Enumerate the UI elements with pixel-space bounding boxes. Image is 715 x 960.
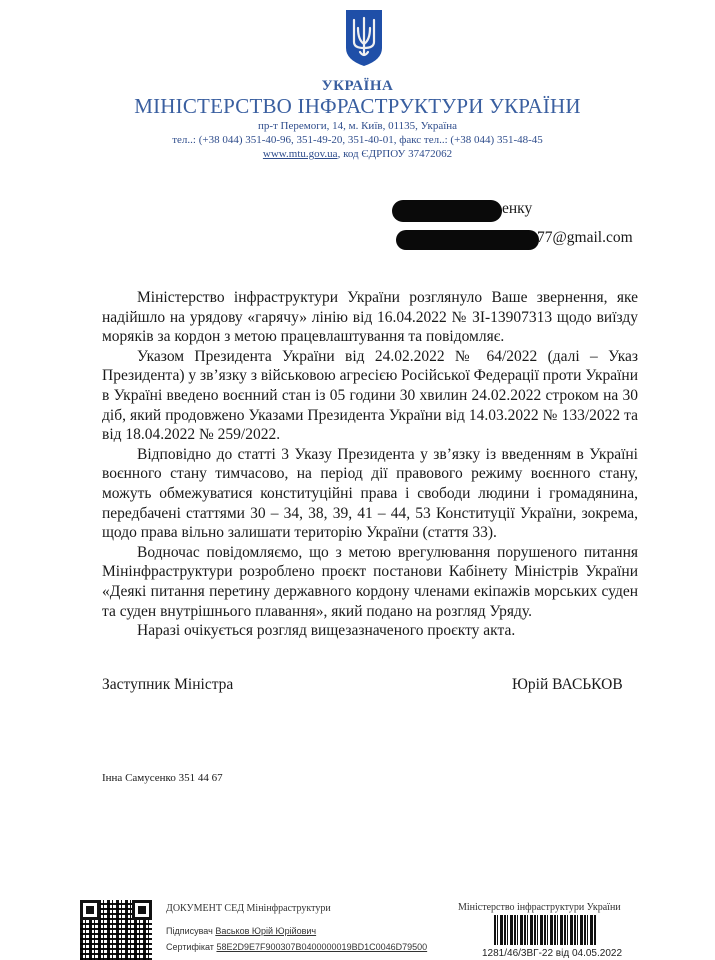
letterhead-ministry: МІНІСТЕРСТВО ІНФРАСТРУКТУРИ УКРАЇНИ [0,94,715,119]
qr-code-icon [80,900,152,960]
recipient-email-visible: 77@gmail.com [537,229,633,246]
letter-body: Міністерство інфраструктури України розг… [102,288,638,641]
paragraph: Наразі очікується розгляд вищезазначеног… [102,621,638,641]
website-link[interactable]: www.mtu.gov.ua [263,148,338,160]
letterhead-web-line: www.mtu.gov.ua, код ЄДРПОУ 37472062 [0,148,715,160]
paragraph: Відповідно до статті 3 Указу Президента … [102,445,638,543]
registration-number: 1281/46/3ВГ-22 від 04.05.2022 [482,948,622,959]
paragraph: Водночас повідомляємо, що з метою врегул… [102,543,638,621]
signatory-role: Заступник Міністра [102,676,233,694]
e-document-title: ДОКУМЕНТ СЕД Мінінфраструктури [166,903,331,914]
recipient-name-visible: енку [502,200,532,217]
barcode-icon [494,915,596,945]
letterhead-country: УКРАЇНА [0,78,715,95]
executor-contact: Інна Самусенко 351 44 67 [102,772,223,784]
paragraph: Міністерство інфраструктури України розг… [102,288,638,347]
letterhead-phones: тел..: (+38 044) 351-40-96, 351-49-20, 3… [0,134,715,146]
e-document-certificate: Сертифікат 58E2D9E7F900307B0400000019BD1… [166,942,427,952]
redaction-mark [392,200,502,222]
signatory-name: Юрій ВАСЬКОВ [512,676,623,694]
registration-org: Міністерство інфраструктури України [458,902,621,913]
certificate-value: 58E2D9E7F900307B0400000019BD1C0046D79500 [216,942,427,952]
e-document-signer: Підписувач Васьков Юрій Юрійович [166,926,316,936]
letterhead-address: пр-т Перемоги, 14, м. Київ, 01135, Украї… [0,120,715,132]
redaction-mark [396,230,539,250]
ukraine-trident-emblem-icon [344,8,384,68]
edrpou-code: , код ЄДРПОУ 37472062 [338,148,453,160]
signer-name: Васьков Юрій Юрійович [215,926,316,936]
paragraph: Указом Президента України від 24.02.2022… [102,347,638,445]
